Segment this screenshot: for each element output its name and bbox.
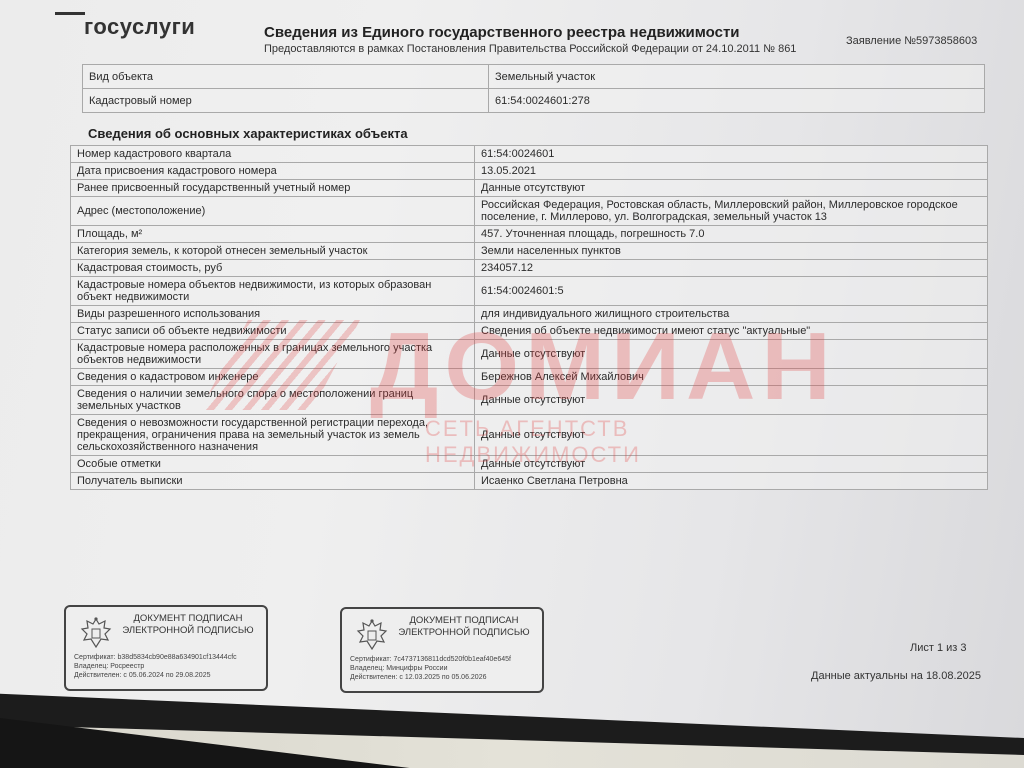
stamp-heading: ДОКУМЕНТ ПОДПИСАН ЭЛЕКТРОННОЙ ПОДПИСЬЮ bbox=[118, 613, 258, 637]
field-value: Сведения об объекте недвижимости имеют с… bbox=[475, 323, 988, 340]
table-row: Номер кадастрового квартала61:54:0024601 bbox=[71, 146, 988, 163]
object-table: Вид объектаЗемельный участокКадастровый … bbox=[82, 64, 985, 113]
stamp-details: Сертификат: b38d5834cb90e88a634901cf1344… bbox=[74, 653, 237, 680]
field-value: Данные отсутствуют bbox=[475, 456, 988, 473]
table-row: Сведения о кадастровом инженереБережнов … bbox=[71, 369, 988, 386]
characteristics-table: Номер кадастрового квартала61:54:0024601… bbox=[70, 145, 988, 490]
field-value: 457. Уточненная площадь, погрешность 7.0 bbox=[475, 226, 988, 243]
sheet-counter: Лист 1 из 3 bbox=[910, 642, 967, 654]
field-label: Статус записи об объекте недвижимости bbox=[71, 323, 475, 340]
field-value: 61:54:0024601:5 bbox=[475, 277, 988, 306]
table-row: Категория земель, к которой отнесен земе… bbox=[71, 243, 988, 260]
table-row: Статус записи об объекте недвижимостиСве… bbox=[71, 323, 988, 340]
stamp-owner: Владелец: Минцифры России bbox=[350, 664, 511, 673]
signature-stamp-rosreestr: ДОКУМЕНТ ПОДПИСАН ЭЛЕКТРОННОЙ ПОДПИСЬЮ С… bbox=[64, 605, 268, 691]
field-label: Вид объекта bbox=[83, 65, 489, 89]
gosuslugi-logo: госуслуги bbox=[84, 14, 195, 40]
field-value: для индивидуального жилищного строительс… bbox=[475, 306, 988, 323]
field-label: Получатель выписки bbox=[71, 473, 475, 490]
field-value: Данные отсутствуют bbox=[475, 180, 988, 197]
table-row: Сведения о невозможности государственной… bbox=[71, 415, 988, 456]
field-value: Данные отсутствуют bbox=[475, 340, 988, 369]
table-row: Адрес (местоположение)Российская Федерац… bbox=[71, 197, 988, 226]
table-row: Получатель выпискиИсаенко Светлана Петро… bbox=[71, 473, 988, 490]
field-value: 61:54:0024601 bbox=[475, 146, 988, 163]
coat-of-arms-icon bbox=[78, 615, 114, 651]
document-title: Сведения из Единого государственного рее… bbox=[264, 24, 740, 41]
field-label: Особые отметки bbox=[71, 456, 475, 473]
data-actual-date: Данные актуальны на 18.08.2025 bbox=[811, 670, 981, 682]
table-row: Площадь, м²457. Уточненная площадь, погр… bbox=[71, 226, 988, 243]
field-label: Кадастровая стоимость, руб bbox=[71, 260, 475, 277]
table-row: Особые отметкиДанные отсутствуют bbox=[71, 456, 988, 473]
coat-of-arms-icon bbox=[354, 617, 390, 653]
field-value: Земли населенных пунктов bbox=[475, 243, 988, 260]
document-page: госуслуги Сведения из Единого государств… bbox=[0, 0, 1024, 738]
stamp-details: Сертификат: 7c4737136811dcd520f0b1eaf40e… bbox=[350, 655, 511, 682]
field-label: Сведения о кадастровом инженере bbox=[71, 369, 475, 386]
field-value: Исаенко Светлана Петровна bbox=[475, 473, 988, 490]
table-row: Сведения о наличии земельного спора о ме… bbox=[71, 386, 988, 415]
field-label: Кадастровые номера объектов недвижимости… bbox=[71, 277, 475, 306]
stamp-heading: ДОКУМЕНТ ПОДПИСАН ЭЛЕКТРОННОЙ ПОДПИСЬЮ bbox=[394, 615, 534, 639]
table-row: Ранее присвоенный государственный учетны… bbox=[71, 180, 988, 197]
stamp-certificate: Сертификат: 7c4737136811dcd520f0b1eaf40e… bbox=[350, 655, 511, 664]
stamp-validity: Действителен: с 12.03.2025 по 05.06.2026 bbox=[350, 673, 511, 682]
stamp-certificate: Сертификат: b38d5834cb90e88a634901cf1344… bbox=[74, 653, 237, 662]
field-label: Номер кадастрового квартала bbox=[71, 146, 475, 163]
field-value: Данные отсутствуют bbox=[475, 386, 988, 415]
table-row: Вид объектаЗемельный участок bbox=[83, 65, 985, 89]
field-value: 61:54:0024601:278 bbox=[489, 89, 985, 113]
table-row: Кадастровые номера объектов недвижимости… bbox=[71, 277, 988, 306]
field-label: Площадь, м² bbox=[71, 226, 475, 243]
field-value: 13.05.2021 bbox=[475, 163, 988, 180]
field-value: Бережнов Алексей Михайлович bbox=[475, 369, 988, 386]
field-label: Виды разрешенного использования bbox=[71, 306, 475, 323]
field-label: Категория земель, к которой отнесен земе… bbox=[71, 243, 475, 260]
field-label: Дата присвоения кадастрового номера bbox=[71, 163, 475, 180]
field-label: Адрес (местоположение) bbox=[71, 197, 475, 226]
field-label: Сведения о наличии земельного спора о ме… bbox=[71, 386, 475, 415]
field-value: 234057.12 bbox=[475, 260, 988, 277]
section-title: Сведения об основных характеристиках объ… bbox=[88, 126, 408, 141]
field-label: Кадастровые номера расположенных в грани… bbox=[71, 340, 475, 369]
field-label: Сведения о невозможности государственной… bbox=[71, 415, 475, 456]
table-row: Кадастровые номера расположенных в грани… bbox=[71, 340, 988, 369]
signature-stamp-mintsifry: ДОКУМЕНТ ПОДПИСАН ЭЛЕКТРОННОЙ ПОДПИСЬЮ С… bbox=[340, 607, 544, 693]
field-value: Данные отсутствуют bbox=[475, 415, 988, 456]
field-label: Кадастровый номер bbox=[83, 89, 489, 113]
field-value: Земельный участок bbox=[489, 65, 985, 89]
table-row: Кадастровый номер61:54:0024601:278 bbox=[83, 89, 985, 113]
table-row: Виды разрешенного использованиядля индив… bbox=[71, 306, 988, 323]
stamp-validity: Действителен: с 05.06.2024 по 29.08.2025 bbox=[74, 671, 237, 680]
table-row: Дата присвоения кадастрового номера13.05… bbox=[71, 163, 988, 180]
field-label: Ранее присвоенный государственный учетны… bbox=[71, 180, 475, 197]
field-value: Российская Федерация, Ростовская область… bbox=[475, 197, 988, 226]
table-row: Кадастровая стоимость, руб234057.12 bbox=[71, 260, 988, 277]
document-subtitle: Предоставляются в рамках Постановления П… bbox=[264, 43, 796, 55]
statement-number: Заявление №5973858603 bbox=[846, 35, 977, 47]
logo-mark bbox=[55, 12, 85, 15]
stamp-owner: Владелец: Росреестр bbox=[74, 662, 237, 671]
